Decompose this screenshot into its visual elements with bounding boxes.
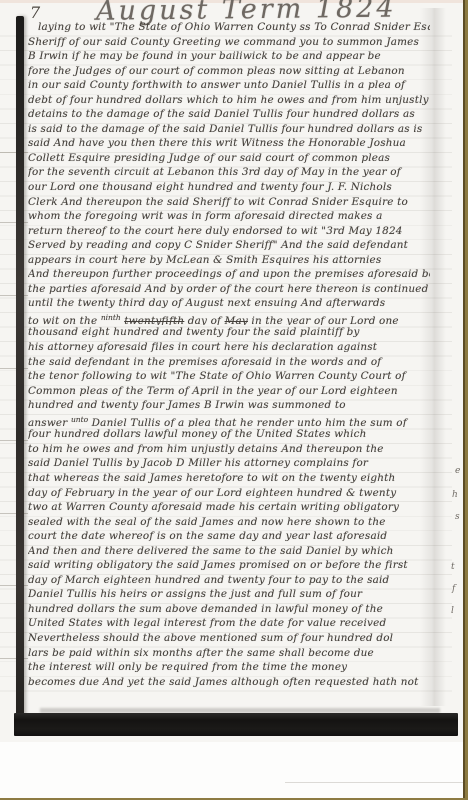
manuscript-line: debt of four hundred dollars which to hi…	[28, 93, 430, 108]
manuscript-line: Nevertheless should the above mentioned …	[28, 631, 430, 646]
margin-stray-mark: h	[452, 490, 458, 500]
manuscript-line: said writing obligatory the said James p…	[28, 558, 430, 573]
manuscript-line: day of February in the year of our Lord …	[28, 486, 430, 501]
manuscript-line: answer unto Daniel Tullis of a plea that…	[28, 413, 430, 428]
manuscript-line: day of March eighteen hundred and twenty…	[28, 573, 430, 588]
scan-bottom-band	[14, 713, 458, 736]
manuscript-line: until the twenty third day of August nex…	[28, 296, 430, 311]
manuscript-line: hundred and twenty four James B Irwin wa…	[28, 398, 430, 413]
margin-stray-mark: t	[451, 562, 455, 572]
manuscript-line: his attorney aforesaid files in court he…	[28, 340, 430, 355]
margin-stray-mark: e	[455, 466, 460, 476]
manuscript-line: And thereupon further proceedings of and…	[28, 267, 430, 282]
manuscript-line: two at Warren County aforesaid made his …	[28, 500, 430, 515]
manuscript-line: our Lord one thousand eight hundred and …	[28, 180, 430, 195]
manuscript-line: four hundred dollars lawful money of the…	[28, 427, 430, 442]
manuscript-line: the interest will only be required from …	[28, 660, 430, 675]
manuscript-line: laying to wit "The State of Ohio Warren …	[28, 20, 430, 35]
manuscript-text: laying to wit "The State of Ohio Warren …	[28, 20, 430, 689]
manuscript-line: to wit on the ninth twentyfifth day of M…	[28, 311, 430, 326]
margin-stray-mark: f	[452, 584, 455, 594]
margin-stray-mark: l	[451, 606, 454, 616]
manuscript-line: the said defendant in the premises afore…	[28, 355, 430, 370]
manuscript-line: said And have you then there this writ W…	[28, 136, 430, 151]
manuscript-line: court the date whereof is on the same da…	[28, 529, 430, 544]
manuscript-line: lars be paid within six months after the…	[28, 646, 430, 661]
manuscript-page: 7 August Term 1824 laying to wit "The St…	[0, 0, 468, 742]
manuscript-line: sealed with the seal of the said James a…	[28, 515, 430, 530]
binding-edge	[16, 16, 24, 716]
manuscript-line: Served by reading and copy C Snider Sher…	[28, 238, 430, 253]
manuscript-line: And then and there delivered the same to…	[28, 544, 430, 559]
manuscript-line: Clerk And thereupon the said Sheriff to …	[28, 195, 430, 210]
margin-stray-mark: s	[455, 512, 460, 522]
manuscript-line: United States with legal interest from t…	[28, 616, 430, 631]
manuscript-line: Sheriff of our said County Greeting we c…	[28, 35, 430, 50]
manuscript-line: hundred dollars the sum above demanded i…	[28, 602, 430, 617]
manuscript-line: Common pleas of the Term of April in the…	[28, 384, 430, 399]
manuscript-line: in our said County forthwith to answer u…	[28, 78, 430, 93]
manuscript-line: said Daniel Tullis by Jacob D Miller his…	[28, 456, 430, 471]
manuscript-line: to him he owes and from him unjustly det…	[28, 442, 430, 457]
manuscript-line: is said to the damage of the said Daniel…	[28, 122, 430, 137]
manuscript-line: becomes due And yet the said James altho…	[28, 675, 430, 690]
manuscript-line: the parties aforesaid And by order of th…	[28, 282, 430, 297]
manuscript-line: appears in court here by McLean & Smith …	[28, 253, 430, 268]
scanned-document-image: 7 August Term 1824 laying to wit "The St…	[0, 0, 468, 800]
manuscript-line: for the seventh circuit at Lebanon this …	[28, 165, 430, 180]
manuscript-line: detains to the damage of the said Daniel…	[28, 107, 430, 122]
manuscript-line: the tenor following to wit "The State of…	[28, 369, 430, 384]
manuscript-line: fore the Judges of our court of common p…	[28, 64, 430, 79]
manuscript-line: Collett Esquire presiding Judge of our s…	[28, 151, 430, 166]
manuscript-line: Daniel Tullis his heirs or assigns the j…	[28, 587, 430, 602]
manuscript-line: thousand eight hundred and twenty four t…	[28, 325, 430, 340]
faint-divider-line	[285, 782, 463, 783]
manuscript-line: return thereof to the court here duly en…	[28, 224, 430, 239]
manuscript-line: that whereas the said James heretofore t…	[28, 471, 430, 486]
manuscript-line: whom the foregoing writ was in form afor…	[28, 209, 430, 224]
scan-lower-margin	[0, 742, 468, 800]
manuscript-line: B Irwin if he may be found in your baili…	[28, 49, 430, 64]
